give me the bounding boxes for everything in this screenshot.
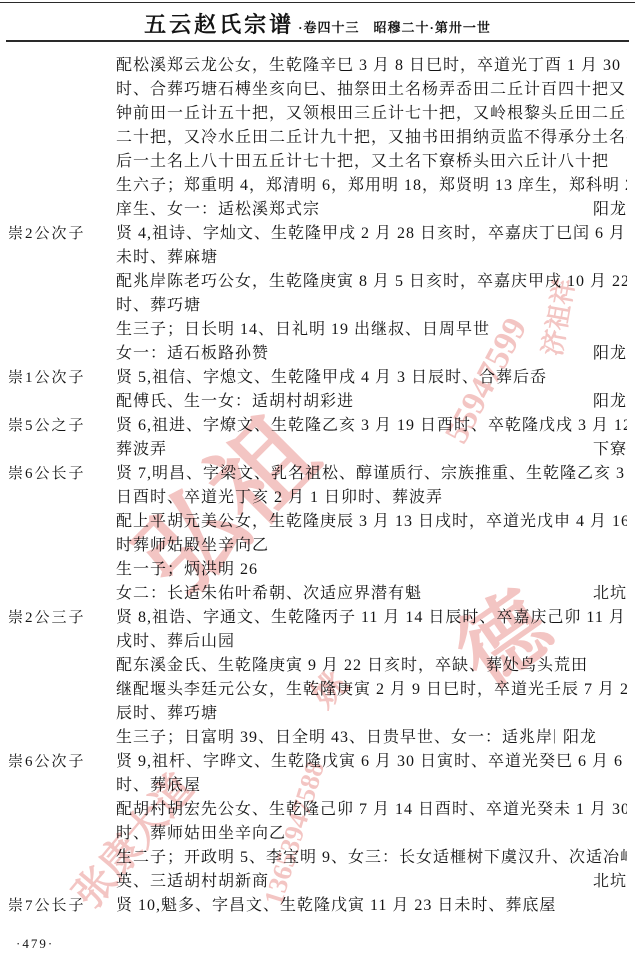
location-tag: 下寮 bbox=[593, 438, 627, 462]
line-text: 贤 8,祖诰、字通文、生乾隆丙子 11 月 14 日辰时、卒嘉庆己卯 11 月 … bbox=[116, 606, 627, 630]
line-text: 生一子；炳洪明 26 bbox=[116, 558, 258, 582]
line-text: 贤 4,祖诗、字灿文、生乾隆甲戌 2 月 28 日亥时，卒嘉庆丁巳闰 6 月 9… bbox=[116, 222, 627, 246]
line-text: 日酉时、卒道光丁亥 2 月 1 日卯时、葬波弄 bbox=[116, 486, 443, 510]
genealogy-line: 女一：适石板路孙赞阳龙 bbox=[116, 342, 627, 366]
genealogy-line: 贤 6,祖进、字燎文、生乾隆乙亥 3 月 19 日酉时、卒乾隆戊戌 3 月 12… bbox=[116, 414, 627, 438]
line-text: 时、合葬巧塘石榑坐亥向巳、抽祭田土名杨弄岙田二丘计百四十把又 bbox=[116, 78, 626, 102]
genealogy-entry: 崇1公次子贤 5,祖信、字熄文、生乾隆甲戌 4 月 3 日辰时、合葬后岙配傅氏、… bbox=[8, 366, 627, 414]
entry-label: 崇7公长子 bbox=[8, 894, 116, 918]
genealogy-line: 生一子；炳洪明 26 bbox=[116, 558, 627, 582]
genealogy-entry: 崇2公三子贤 8,祖诰、字通文、生乾隆丙子 11 月 14 日辰时、卒嘉庆己卯 … bbox=[8, 606, 627, 750]
genealogy-line: 配胡村胡宏先公女、生乾隆己卯 7 月 14 日酉时、卒道光癸未 1 月 30 日… bbox=[116, 798, 627, 822]
genealogy-line: 时、葬师姑田坐辛向乙 bbox=[116, 822, 627, 846]
entry-label: 崇1公次子 bbox=[8, 366, 116, 390]
header-rule bbox=[6, 40, 629, 42]
top-rule bbox=[0, 2, 635, 3]
location-tag: 阳龙 bbox=[593, 342, 627, 366]
line-text: 二十把，又冷水丘田二丘计九十把，又抽书田捐纳贡监不得承分土名列 bbox=[116, 126, 627, 150]
location-tag: 阳龙 bbox=[593, 198, 627, 222]
line-text: 钟前田一丘计五十把，又领根田三丘计七十把，又岭根黎头丘田二丘计 bbox=[116, 102, 627, 126]
location-tag: 北坑 bbox=[593, 582, 627, 606]
genealogy-line: 时葬师姑殿坐辛向乙 bbox=[116, 534, 627, 558]
entry-label: 崇6公长子 bbox=[8, 462, 116, 486]
genealogy-line: 继配堰头李廷元公女，生乾隆庚寅 2 月 9 日巳时，卒道光壬辰 7 月 27 日 bbox=[116, 678, 627, 702]
genealogy-line: 生三子；日长明 14、日礼明 19 出继叔、日周早世 bbox=[116, 318, 627, 342]
line-text: 生三子；日富明 39、日全明 43、日贵早世、女一：适兆岸陈樊仓 bbox=[116, 726, 555, 750]
line-text: 配上平胡元美公女，生乾隆庚辰 3 月 13 日戌时，卒道光戊申 4 月 16 日… bbox=[116, 510, 627, 534]
genealogy-line: 庠生、女一：适松溪郑式宗阳龙 bbox=[116, 198, 627, 222]
line-text: 时、葬底屋 bbox=[116, 774, 201, 798]
genealogy-line: 配兆岸陈老巧公女，生乾隆庚寅 8 月 5 日亥时，卒嘉庆甲戌 10 月 22 日… bbox=[116, 270, 627, 294]
line-text: 时、葬巧塘 bbox=[116, 294, 201, 318]
line-text: 戌时、葬后山园 bbox=[116, 630, 235, 654]
genealogy-entry: 崇6公长子贤 7,明昌、字梁文、乳名祖松、醇谨质行、宗族推重、生乾隆乙亥 3 月… bbox=[8, 462, 627, 606]
line-text: 生二子；开政明 5、李宝明 9、女三：长女适榧树下虞汉升、次适冶岭陈廷 bbox=[116, 846, 627, 870]
entry-label: 崇6公次子 bbox=[8, 750, 116, 774]
genealogy-line: 贤 8,祖诰、字通文、生乾隆丙子 11 月 14 日辰时、卒嘉庆己卯 11 月 … bbox=[116, 606, 627, 630]
genealogy-line: 未时、葬麻塘 bbox=[116, 246, 627, 270]
line-text: 配东溪金氏、生乾隆庚寅 9 月 22 日亥时，卒缺、葬处鸟头荒田 bbox=[116, 654, 588, 678]
page-number: ·479· bbox=[16, 936, 54, 952]
line-text: 女二：长适朱佑叶希朝、次适应界潜有魁 bbox=[116, 582, 422, 606]
genealogy-line: 贤 7,明昌、字梁文、乳名祖松、醇谨质行、宗族推重、生乾隆乙亥 3 月 19 bbox=[116, 462, 627, 486]
entries: 配松溪郑云龙公女，生乾隆辛巳 3 月 8 日巳时，卒道光丁酉 1 月 30 日戌… bbox=[8, 54, 627, 918]
genealogy-line: 贤 4,祖诗、字灿文、生乾隆甲戌 2 月 28 日亥时，卒嘉庆丁巳闰 6 月 9… bbox=[116, 222, 627, 246]
line-text: 辰时、葬巧塘 bbox=[116, 702, 218, 726]
line-text: 贤 10,魁多、字昌文、生乾隆戊寅 11 月 23 日未时、葬底屋 bbox=[116, 894, 556, 918]
line-text: 英、三适胡村胡新商 bbox=[116, 870, 269, 894]
genealogy-entry: 崇6公次子贤 9,祖杆、字晔文、生乾隆戊寅 6 月 30 日寅时、卒道光癸巳 6… bbox=[8, 750, 627, 894]
genealogy-entry: 崇5公之子贤 6,祖进、字燎文、生乾隆乙亥 3 月 19 日酉时、卒乾隆戊戌 3… bbox=[8, 414, 627, 462]
page-subtitle: ·卷四十三 昭穆二十·第卅一世 bbox=[298, 20, 491, 35]
genealogy-line: 二十把，又冷水丘田二丘计九十把，又抽书田捐纳贡监不得承分土名列 bbox=[116, 126, 627, 150]
line-text: 时、葬师姑田坐辛向乙 bbox=[116, 822, 286, 846]
line-text: 继配堰头李廷元公女，生乾隆庚寅 2 月 9 日巳时，卒道光壬辰 7 月 27 日 bbox=[116, 678, 627, 702]
line-text: 生六子；郑重明 4，郑清明 6，郑用明 18，郑贤明 13 庠生，郑科明 28，… bbox=[116, 174, 627, 198]
line-text: 配松溪郑云龙公女，生乾隆辛巳 3 月 8 日巳时，卒道光丁酉 1 月 30 日戌 bbox=[116, 54, 627, 78]
line-text: 生三子；日长明 14、日礼明 19 出继叔、日周早世 bbox=[116, 318, 490, 342]
genealogy-entry: 崇7公长子贤 10,魁多、字昌文、生乾隆戊寅 11 月 23 日未时、葬底屋 bbox=[8, 894, 627, 918]
genealogy-line: 女二：长适朱佑叶希朝、次适应界潜有魁北坑 bbox=[116, 582, 627, 606]
line-text: 贤 5,祖信、字熄文、生乾隆甲戌 4 月 3 日辰时、合葬后岙 bbox=[116, 366, 547, 390]
genealogy-line: 贤 10,魁多、字昌文、生乾隆戊寅 11 月 23 日未时、葬底屋 bbox=[116, 894, 627, 918]
genealogy-line: 钟前田一丘计五十把，又领根田三丘计七十把，又岭根黎头丘田二丘计 bbox=[116, 102, 627, 126]
entry-label: 崇5公之子 bbox=[8, 414, 116, 438]
genealogy-line: 葬波弄下寮 bbox=[116, 438, 627, 462]
entry-label: 崇2公次子 bbox=[8, 222, 116, 246]
location-tag: 阳龙 bbox=[563, 726, 597, 750]
genealogy-line: 时、合葬巧塘石榑坐亥向巳、抽祭田土名杨弄岙田二丘计百四十把又 bbox=[116, 78, 627, 102]
genealogy-line: 配东溪金氏、生乾隆庚寅 9 月 22 日亥时，卒缺、葬处鸟头荒田 bbox=[116, 654, 627, 678]
line-text: 时葬师姑殿坐辛向乙 bbox=[116, 534, 269, 558]
genealogy-line: 配傅氏、生一女：适胡村胡彩进阳龙 bbox=[116, 390, 627, 414]
genealogy-line: 日酉时、卒道光丁亥 2 月 1 日卯时、葬波弄 bbox=[116, 486, 627, 510]
page-title: 五云赵氏宗谱 bbox=[144, 12, 294, 37]
genealogy-line: 英、三适胡村胡新商北坑 bbox=[116, 870, 627, 894]
line-text: 配胡村胡宏先公女、生乾隆己卯 7 月 14 日酉时、卒道光癸未 1 月 30 日… bbox=[116, 798, 627, 822]
genealogy-entry: 配松溪郑云龙公女，生乾隆辛巳 3 月 8 日巳时，卒道光丁酉 1 月 30 日戌… bbox=[8, 54, 627, 222]
genealogy-entry: 崇2公次子贤 4,祖诗、字灿文、生乾隆甲戌 2 月 28 日亥时，卒嘉庆丁巳闰 … bbox=[8, 222, 627, 366]
line-text: 贤 7,明昌、字梁文、乳名祖松、醇谨质行、宗族推重、生乾隆乙亥 3 月 19 bbox=[116, 462, 627, 486]
line-text: 后一土名上八十田五丘计七十把，又土名下寮桥头田六丘计八十把 bbox=[116, 150, 609, 174]
line-text: 配傅氏、生一女：适胡村胡彩进 bbox=[116, 390, 354, 414]
genealogy-line: 生二子；开政明 5、李宝明 9、女三：长女适榧树下虞汉升、次适冶岭陈廷 bbox=[116, 846, 627, 870]
genealogy-page: 五云赵氏宗谱·卷四十三 昭穆二十·第卅一世 弘祖德559475991365394… bbox=[0, 0, 635, 968]
line-text: 贤 6,祖进、字燎文、生乾隆乙亥 3 月 19 日酉时、卒乾隆戊戌 3 月 12… bbox=[116, 414, 627, 438]
line-text: 贤 9,祖杆、字晔文、生乾隆戊寅 6 月 30 日寅时、卒道光癸巳 6 月 6 … bbox=[116, 750, 627, 774]
genealogy-line: 时、葬底屋 bbox=[116, 774, 627, 798]
line-text: 庠生、女一：适松溪郑式宗 bbox=[116, 198, 320, 222]
genealogy-line: 生六子；郑重明 4，郑清明 6，郑用明 18，郑贤明 13 庠生，郑科明 28，… bbox=[116, 174, 627, 198]
genealogy-line: 戌时、葬后山园 bbox=[116, 630, 627, 654]
line-text: 葬波弄 bbox=[116, 438, 167, 462]
location-tag: 北坑 bbox=[593, 870, 627, 894]
genealogy-line: 配松溪郑云龙公女，生乾隆辛巳 3 月 8 日巳时，卒道光丁酉 1 月 30 日戌 bbox=[116, 54, 627, 78]
genealogy-line: 贤 9,祖杆、字晔文、生乾隆戊寅 6 月 30 日寅时、卒道光癸巳 6 月 6 … bbox=[116, 750, 627, 774]
genealogy-line: 辰时、葬巧塘 bbox=[116, 702, 627, 726]
entry-label: 崇2公三子 bbox=[8, 606, 116, 630]
line-text: 配兆岸陈老巧公女，生乾隆庚寅 8 月 5 日亥时，卒嘉庆甲戌 10 月 22 日… bbox=[116, 270, 627, 294]
genealogy-line: 时、葬巧塘 bbox=[116, 294, 627, 318]
genealogy-line: 后一土名上八十田五丘计七十把，又土名下寮桥头田六丘计八十把 bbox=[116, 150, 627, 174]
genealogy-line: 生三子；日富明 39、日全明 43、日贵早世、女一：适兆岸陈樊仓阳龙 bbox=[116, 726, 627, 750]
line-text: 女一：适石板路孙赞 bbox=[116, 342, 269, 366]
line-text: 未时、葬麻塘 bbox=[116, 246, 218, 270]
genealogy-line: 配上平胡元美公女，生乾隆庚辰 3 月 13 日戌时，卒道光戊申 4 月 16 日… bbox=[116, 510, 627, 534]
location-tag: 阳龙 bbox=[593, 390, 627, 414]
genealogy-line: 贤 5,祖信、字熄文、生乾隆甲戌 4 月 3 日辰时、合葬后岙 bbox=[116, 366, 627, 390]
page-header: 五云赵氏宗谱·卷四十三 昭穆二十·第卅一世 bbox=[0, 8, 635, 39]
